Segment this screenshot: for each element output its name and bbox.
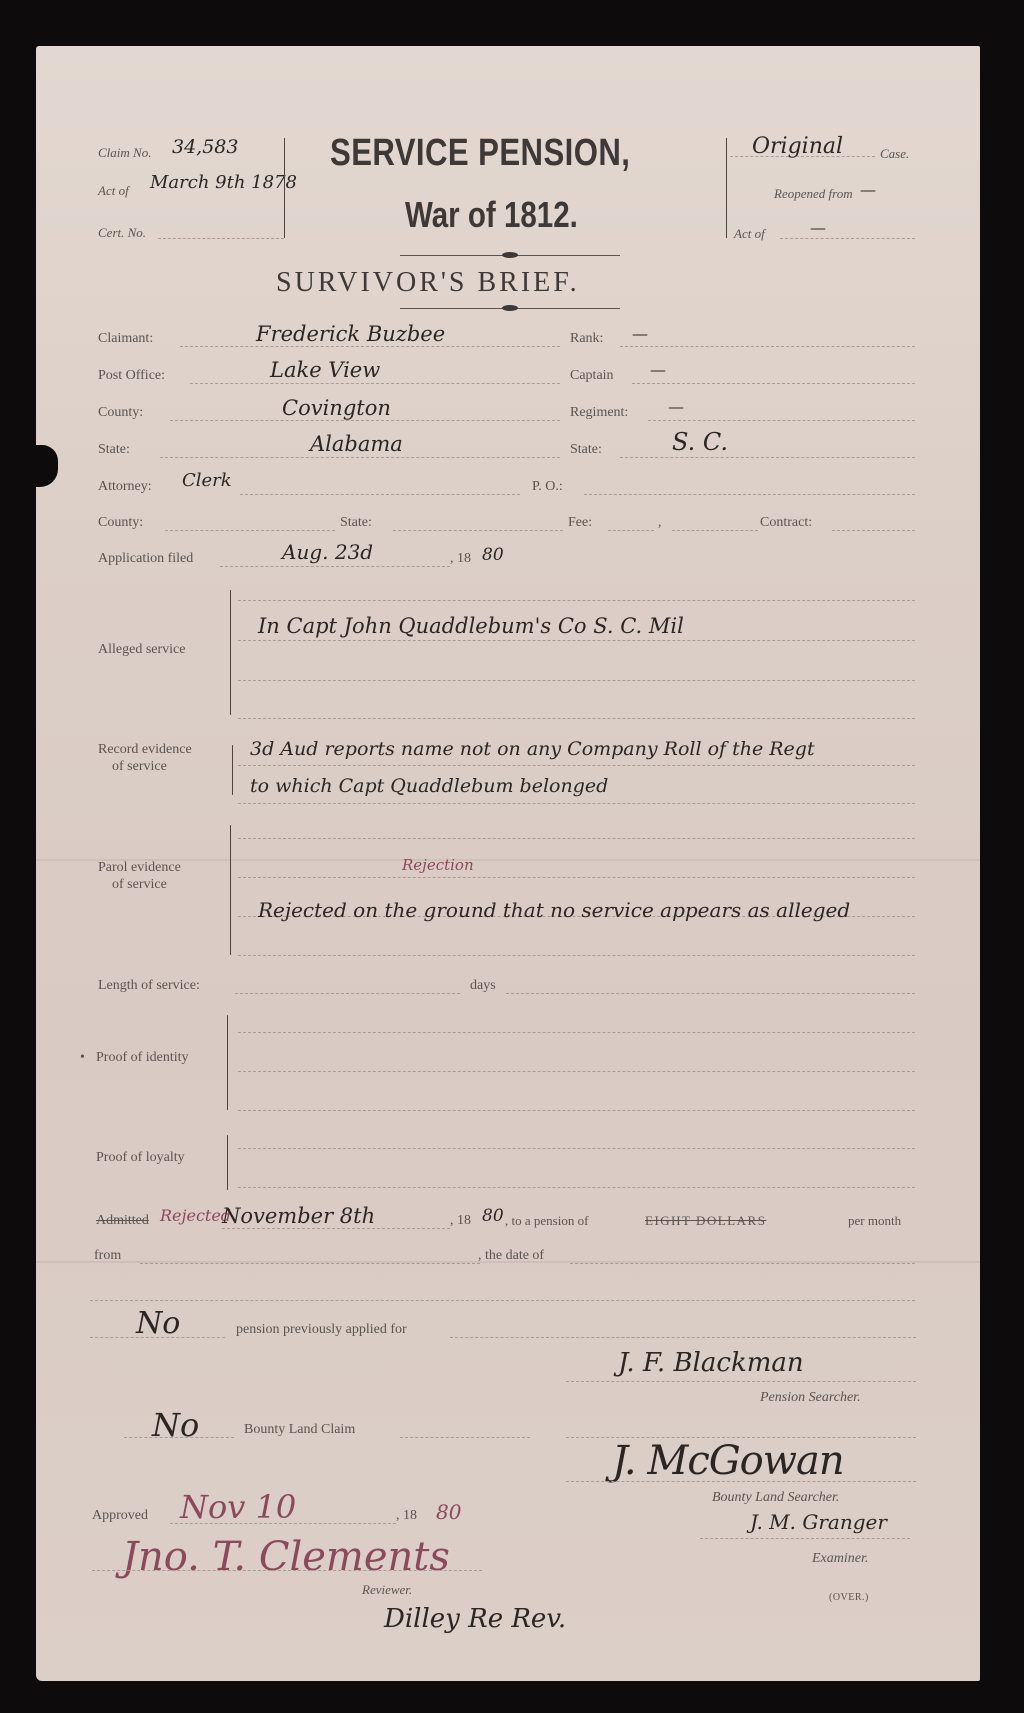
attorney-line [240,494,520,495]
parol-evidence-value: Rejected on the ground that no service a… [258,898,850,922]
decision-date-line [222,1228,450,1229]
reviewer-signature: Jno. T. Clements [122,1534,450,1580]
rule [566,1381,916,1382]
pension-per-month: per month [848,1213,901,1229]
cert-line [158,238,284,239]
reopened-value: — [860,180,876,199]
rule [238,877,915,878]
bullet: • [80,1050,85,1066]
from-line [140,1263,480,1264]
approved-label: Approved [92,1508,148,1524]
brace [284,138,285,238]
alleged-service-label: Alleged service [98,642,185,658]
days-line [506,993,915,994]
po-line [584,494,915,495]
alleged-service-value: In Capt John Quaddlebum's Co S. C. Mil [258,614,684,638]
length-line [235,993,460,994]
claimant-line [180,346,560,347]
rank-line [620,346,915,347]
rule [566,1481,916,1482]
attorney-county-label: County: [98,515,143,531]
length-of-service-label: Length of service: [98,978,200,994]
post-office-value: Lake View [270,358,380,382]
pension-searcher-signature: J. F. Blackman [618,1348,804,1378]
rule [238,1187,915,1188]
bounty-searcher-signature: J. McGowan [612,1438,844,1484]
attorney-state-label: State: [340,515,372,531]
act-label: Act of [98,183,129,199]
bounty-land-value: No [152,1406,199,1444]
fee-separator: , [658,515,662,531]
rank-label: Rank: [570,331,603,347]
service-state-label: State: [570,442,602,458]
examiner-label: Examiner. [812,1551,868,1567]
application-year-prefix: , 18 [450,551,471,567]
examiner-signature: J. M. Granger [750,1510,887,1534]
attorney-value: Clerk [182,470,232,491]
application-line [220,566,450,567]
regiment-line [648,420,915,421]
application-filed-label: Application filed [98,551,193,567]
decision-date: November 8th [222,1204,375,1228]
attorney-county-line [165,530,335,531]
decision-year-prefix: , 18 [450,1213,471,1229]
rule [700,1538,910,1539]
date-of-label: , the date of [478,1248,544,1264]
rule [92,1570,482,1571]
rank-value: — [632,324,648,343]
approved-year: 80 [436,1500,461,1524]
previous-pension-label: pension previously applied for [236,1322,407,1338]
regiment-label: Regiment: [570,405,628,421]
pension-text: , to a pension of [505,1213,588,1229]
brace [230,590,231,715]
act-of-value: — [810,218,826,237]
rule [566,1337,916,1338]
parol-note: Rejection [402,856,474,874]
rule [238,955,915,956]
brace [726,138,727,238]
parol-evidence-label-2: of service [112,877,167,893]
regiment-value: — [668,397,684,416]
state-value: Alabama [310,432,403,456]
case-line [730,156,875,157]
brace [230,825,231,955]
county-label: County: [98,405,143,421]
application-date: Aug. 23d [282,540,373,564]
title-war-of-1812: War of 1812. [405,194,578,236]
rule [90,1337,225,1338]
ornament-rule [400,255,620,256]
days-label: days [470,978,496,994]
fee-line-2 [672,530,758,531]
rule [238,600,915,601]
claim-number: 34,583 [172,136,238,158]
bounty-searcher-label: Bounty Land Searcher. [712,1490,839,1506]
post-office-line [190,383,560,384]
bounty-land-label: Bounty Land Claim [244,1422,355,1438]
approved-date: Nov 10 [180,1488,296,1526]
reopened-label: Reopened from [774,186,853,202]
record-evidence-line1: 3d Aud reports name not on any Company R… [250,738,815,760]
admitted-label: Admitted [96,1213,149,1229]
rule [124,1437,234,1438]
county-line [170,420,560,421]
brace [232,745,233,795]
act-of-line [780,238,915,239]
post-office-label: Post Office: [98,368,165,384]
date-of-line [570,1263,915,1264]
proof-of-loyalty-label: Proof of loyalty [96,1150,185,1166]
proof-of-identity-label: Proof of identity [96,1050,189,1066]
application-year: 80 [482,545,504,565]
captain-label: Captain [570,368,614,384]
approved-line [170,1523,396,1524]
rule [238,1032,915,1033]
state-label: State: [98,442,130,458]
rule [238,680,915,681]
service-state-value: S. C. [672,428,728,456]
attorney-state-line [393,530,563,531]
state-line [160,457,560,458]
rule [400,1437,530,1438]
rejected-value: Rejected [160,1206,231,1225]
act-of-label: Act of [734,226,765,242]
rule [238,640,915,641]
record-evidence-label-2: of service [112,759,167,775]
service-state-line [620,457,915,458]
from-label: from [94,1248,121,1264]
act-date: March 9th 1878 [150,172,297,193]
previous-pension-value: No [136,1306,180,1341]
rule [238,1148,915,1149]
reviewer-label: Reviewer. [362,1582,412,1598]
fee-label: Fee: [568,515,592,531]
captain-line [632,383,915,384]
rule [238,1110,915,1111]
decision-year: 80 [482,1206,504,1226]
ornament-rule [400,308,620,309]
county-value: Covington [282,396,391,420]
claimant-name: Frederick Buzbee [256,322,445,346]
approved-year-prefix: , 18 [396,1508,417,1524]
parol-evidence-label: Parol evidence [98,860,181,876]
po-label: P. O.: [532,479,563,495]
claimant-label: Claimant: [98,331,153,347]
pension-amount: EIGHT DOLLARS [645,1213,766,1229]
fee-line [608,530,654,531]
attorney-label: Attorney: [98,479,152,495]
cert-label: Cert. No. [98,225,146,241]
rule [238,1071,915,1072]
title-survivors-brief: SURVIVOR'S BRIEF. [276,267,580,299]
claim-label: Claim No. [98,145,151,161]
title-service-pension: SERVICE PENSION, [330,132,630,175]
rule [238,718,915,719]
over-label: (OVER.) [829,1592,869,1603]
record-evidence-line2: to which Capt Quaddlebum belonged [250,775,608,797]
rule [238,803,915,804]
rule [90,1300,915,1301]
brace [227,1015,228,1110]
pension-searcher-label: Pension Searcher. [760,1390,861,1406]
contract-label: Contract: [760,515,812,531]
contract-line [832,530,915,531]
case-label: Case. [880,146,909,162]
captain-value: — [650,360,666,379]
brace [227,1135,228,1190]
record-evidence-label: Record evidence [98,742,192,758]
re-reviewer-signature: Dilley Re Rev. [384,1604,566,1634]
rule [238,765,915,766]
rule [238,838,915,839]
